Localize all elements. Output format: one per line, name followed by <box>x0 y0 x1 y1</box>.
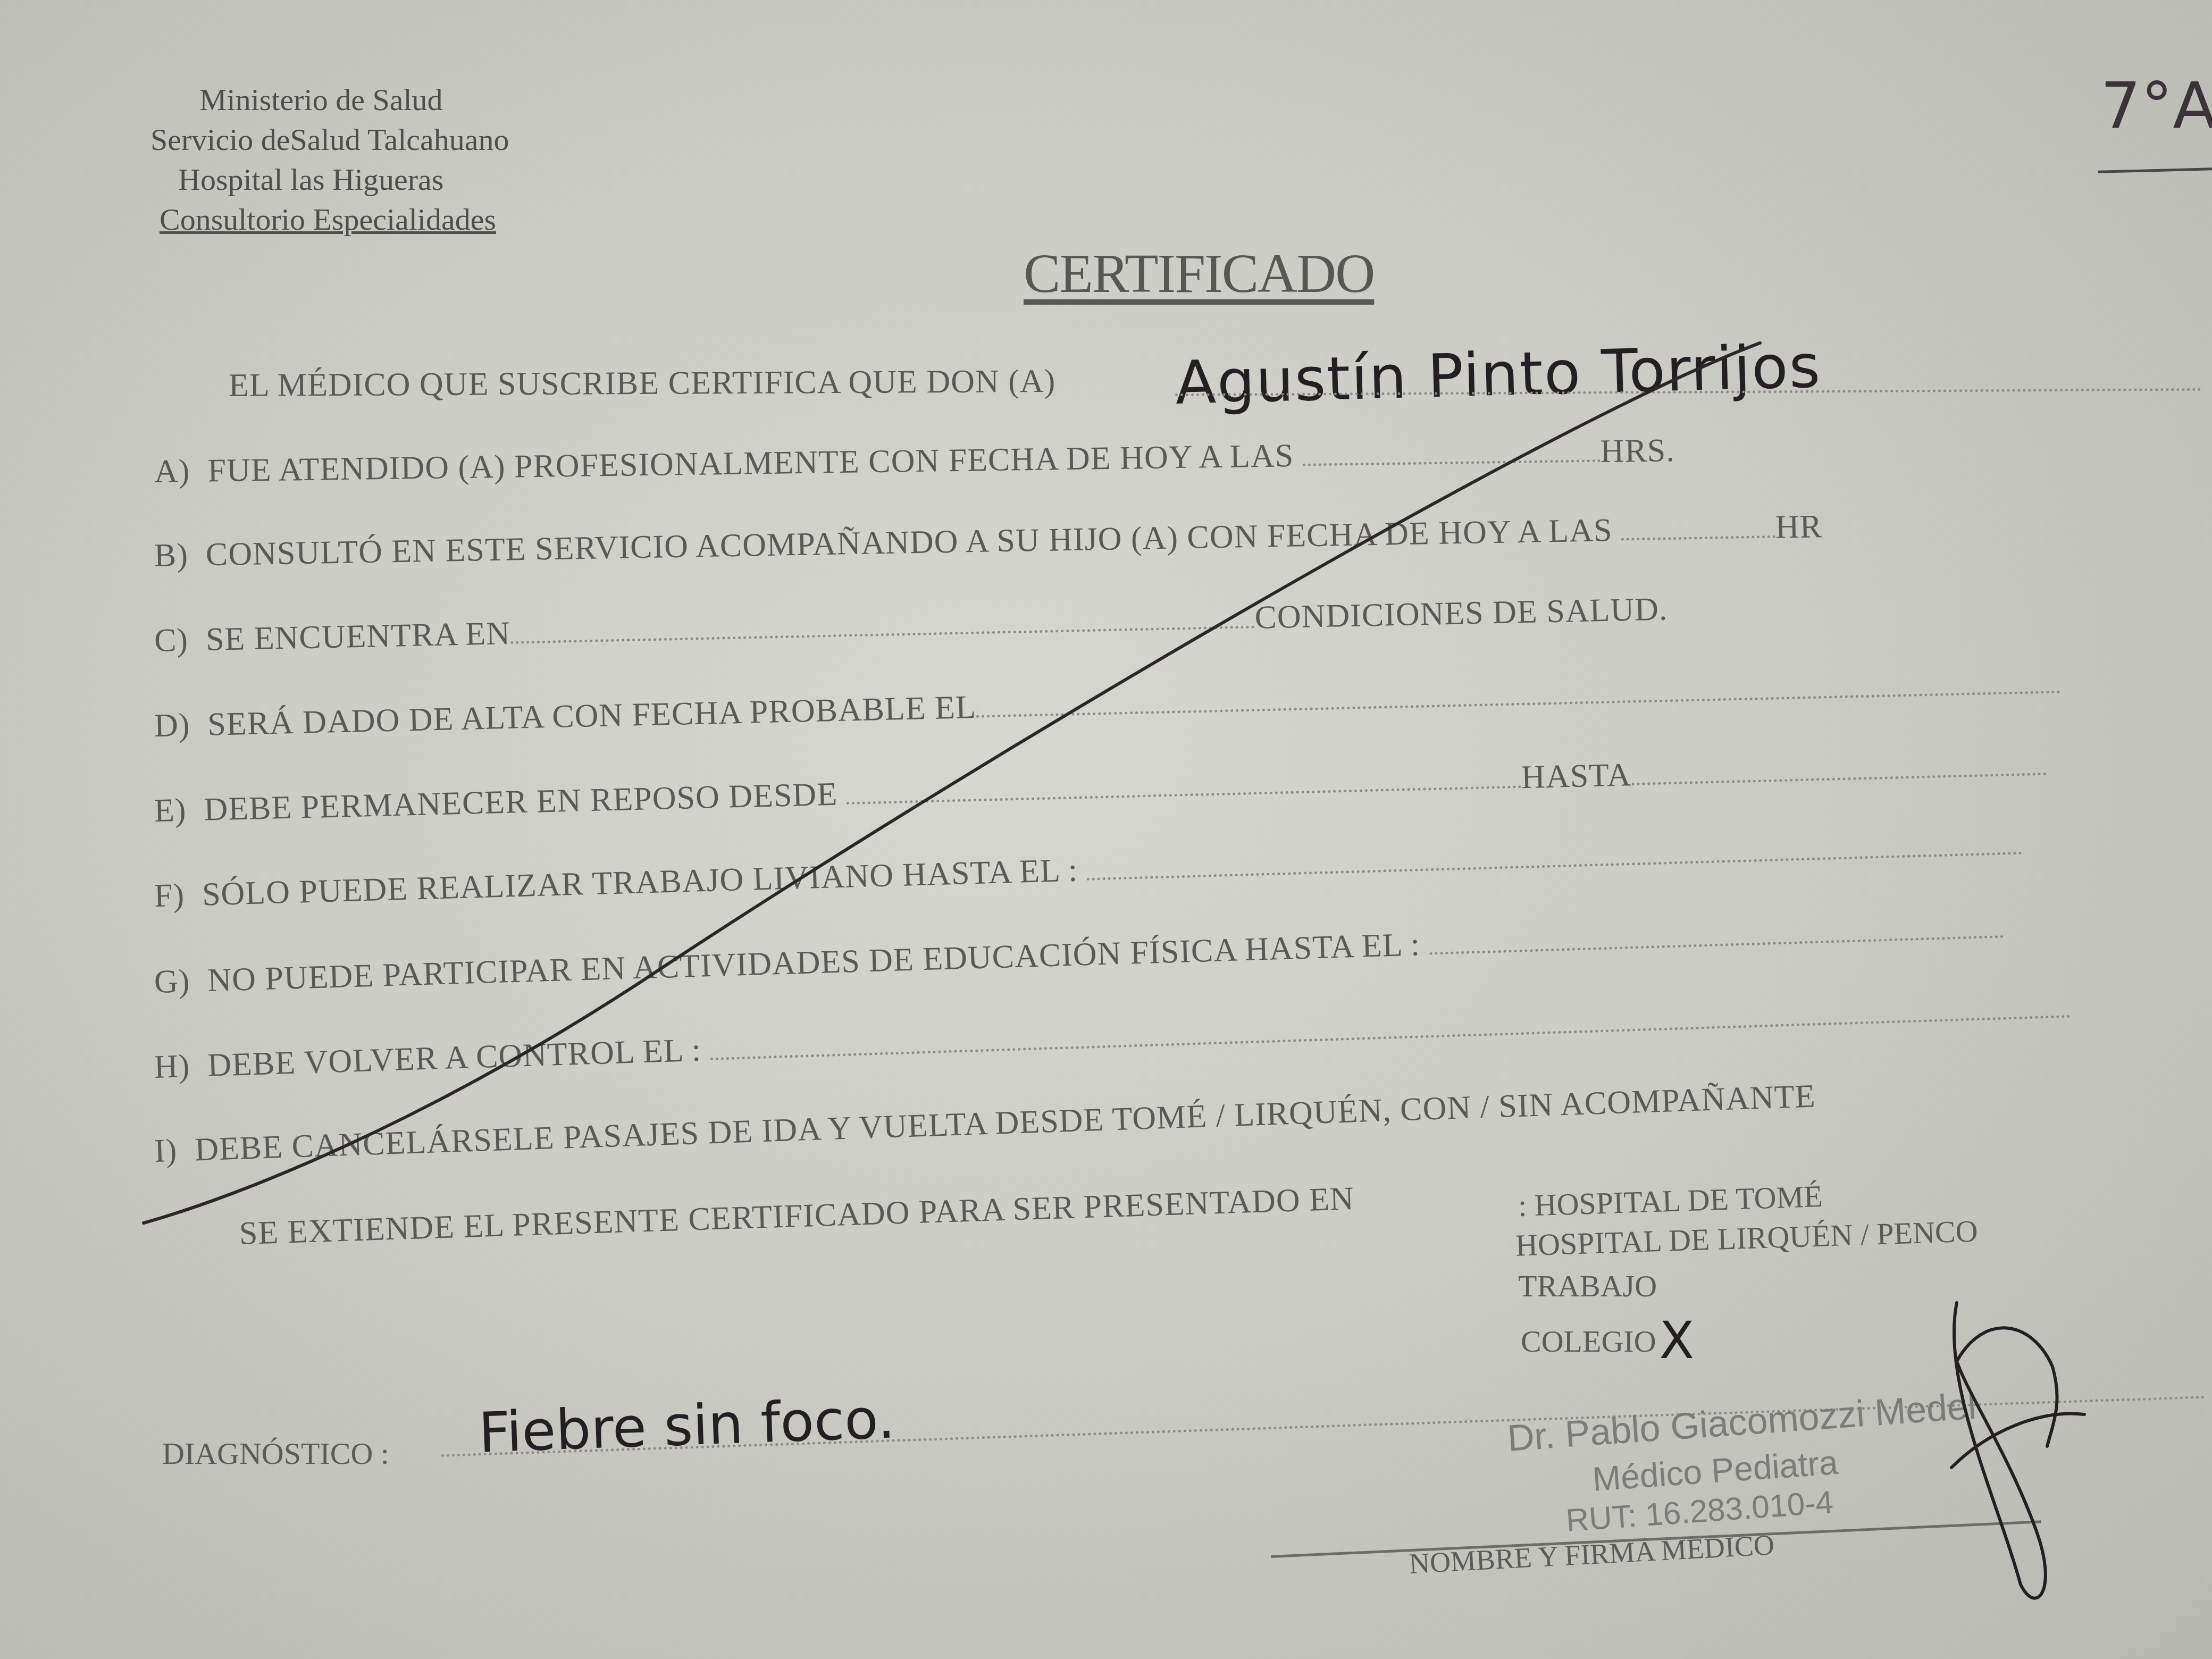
signature-icon <box>1951 1303 2084 1598</box>
item-letter: H) <box>154 1048 191 1085</box>
item-letter: E) <box>154 792 187 829</box>
header-hospital: Hospital las Higueras <box>178 160 443 200</box>
option-label: COLEGIO <box>1521 1324 1656 1359</box>
item-suffix: HASTA <box>1521 757 1631 795</box>
selected-mark: X <box>1660 1311 1695 1370</box>
item-i: I) DEBE CANCELÁRSELE PASAJES DE IDA Y VU… <box>154 1077 1816 1170</box>
stamp-doctor-name: Dr. Pablo Giacomozzi Medel <box>1506 1384 1978 1459</box>
item-letter: B) <box>154 537 188 574</box>
time-field[interactable] <box>1303 459 1601 466</box>
option-trabajo[interactable]: TRABAJO <box>1518 1268 1657 1304</box>
item-text: DEBE PERMANECER EN REPOSO DESDE <box>204 776 838 828</box>
item-d: D) SERÁ DADO DE ALTA CON FECHA PROBABLE … <box>154 664 2061 745</box>
rest-until-field[interactable] <box>1631 773 2046 785</box>
option-label: HOSPITAL DE TOMÉ <box>1534 1179 1823 1222</box>
intro-line: EL MÉDICO QUE SUSCRIBE CERTIFICA QUE DON… <box>229 363 1056 405</box>
control-date-field[interactable] <box>710 1015 2071 1060</box>
item-e: E) DEBE PERMANECER EN REPOSO DESDE HASTA <box>154 746 2046 830</box>
item-suffix: HR <box>1775 508 1822 546</box>
item-text: NO PUEDE PARTICIPAR EN ACTIVIDADES DE ED… <box>207 926 1421 999</box>
item-text: DEBE CANCELÁRSELE PASAJES DE IDA Y VUELT… <box>194 1078 1816 1168</box>
page-title: CERTIFICADO <box>1024 242 1374 305</box>
item-h: H) DEBE VOLVER A CONTROL EL : <box>154 988 2071 1086</box>
item-suffix: HRS. <box>1600 432 1675 470</box>
item-letter: A) <box>154 453 190 490</box>
time-field[interactable] <box>1621 535 1775 541</box>
item-text: SERÁ DADO DE ALTA CON FECHA PROBABLE EL <box>207 689 977 743</box>
diagnosis-label: DIAGNÓSTICO : <box>162 1436 389 1471</box>
item-letter: I) <box>154 1133 178 1169</box>
corner-note: 7°A <box>2100 69 2212 143</box>
option-colegio[interactable]: COLEGIOX <box>1521 1311 1694 1370</box>
light-work-date-field[interactable] <box>1087 852 2022 881</box>
discharge-date-field[interactable] <box>976 691 2061 718</box>
header-department: Consultorio Especialidades <box>160 199 496 240</box>
option-hospital-tome[interactable]: : HOSPITAL DE TOMÉ <box>1518 1178 1823 1224</box>
item-letter: F) <box>154 877 185 914</box>
item-g: G) NO PUEDE PARTICIPAR EN ACTIVIDADES DE… <box>154 909 2004 1001</box>
header-ministry: Ministerio de Salud <box>199 80 443 120</box>
item-suffix: CONDICIONES DE SALUD. <box>1254 591 1668 635</box>
item-text: DEBE VOLVER A CONTROL EL : <box>207 1032 702 1084</box>
rest-from-field[interactable] <box>847 785 1522 805</box>
item-letter: D) <box>154 707 190 744</box>
item-f: F) SÓLO PUEDE REALIZAR TRABAJO LIVIANO H… <box>154 825 2023 915</box>
presented-label: SE EXTIENDE EL PRESENTE CERTIFICADO PARA… <box>239 1180 1355 1253</box>
item-text: SE ENCUENTRA EN <box>205 615 510 658</box>
item-b: B) CONSULTÓ EN ESTE SERVICIO ACOMPAÑANDO… <box>154 508 1822 575</box>
condition-field[interactable] <box>510 626 1255 644</box>
item-letter: C) <box>154 622 188 659</box>
pe-date-field[interactable] <box>1429 935 2004 955</box>
item-c: C) SE ENCUENTRA ENCONDICIONES DE SALUD. <box>154 590 1668 660</box>
patient-name[interactable]: Agustín Pinto Torrijos <box>1175 332 1822 418</box>
item-a: A) FUE ATENDIDO (A) PROFESIONALMENTE CON… <box>154 432 1675 491</box>
item-text: FUE ATENDIDO (A) PROFESIONALMENTE CON FE… <box>207 438 1294 489</box>
item-text: SÓLO PUEDE REALIZAR TRABAJO LIVIANO HAST… <box>202 852 1078 912</box>
header-service: Servicio deSalud Talcahuano <box>150 120 509 160</box>
intro-label: EL MÉDICO QUE SUSCRIBE CERTIFICA QUE DON… <box>229 363 1056 404</box>
corner-underline <box>2098 167 2212 173</box>
item-text: CONSULTÓ EN ESTE SERVICIO ACOMPAÑANDO A … <box>205 512 1613 573</box>
item-letter: G) <box>154 963 190 1000</box>
